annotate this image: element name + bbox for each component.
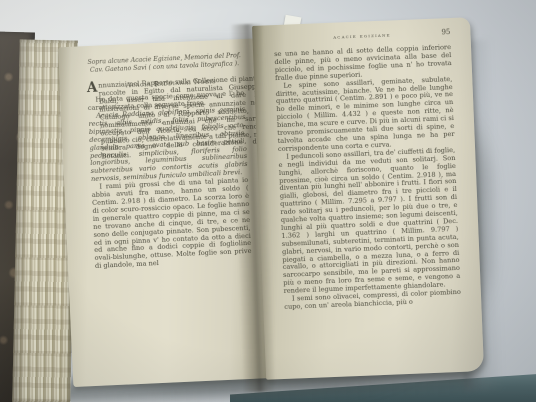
right-page-text: acacie egiziane 95 se una ne hanno al di… xyxy=(252,17,484,379)
paragraph: I rami più grossi che di una tal pianta … xyxy=(91,177,252,271)
right-page: acacie egiziane 95 se una ne hanno al di… xyxy=(252,17,484,379)
running-head: acacie egiziane xyxy=(273,30,450,43)
page-number: 95 xyxy=(441,28,450,36)
book-photo: Sopra alcune Acacie Egiziane, Memoria de… xyxy=(0,0,536,402)
paragraph: Le spine sono assillari, geminate, subul… xyxy=(275,76,455,154)
chapter-header: Sopra alcune Acacie Egiziane, Memoria de… xyxy=(86,52,244,74)
drop-cap-initial: A xyxy=(87,83,98,94)
paragraph: Annunziai nel Rapporto sulla Collezione … xyxy=(87,76,244,83)
paragraph: I peduncoli sono assillari, tra de' ciuf… xyxy=(278,147,461,296)
